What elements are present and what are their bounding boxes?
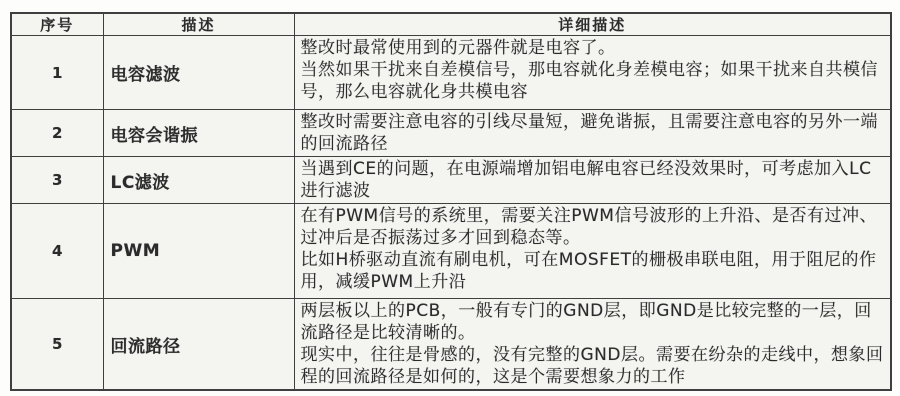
- row-number-cell: 1: [11, 36, 103, 110]
- detail-cell: 在有PWM信号的系统里，需要关注PWM信号波形的上升沿、是否有过冲、过冲后是否振…: [294, 204, 891, 299]
- table-row: 5 回流路径 两层板以上的PCB，一般有专门的GND层，即GND是比较完整的一层…: [11, 299, 891, 391]
- header-row: 序号 描述 详细描述: [11, 13, 891, 36]
- detail-paragraph: 当然如果干扰来自差模信号，那电容就化身差模电容；如果干扰来自共模信号，那么电容就…: [301, 59, 887, 103]
- scanned-document-page: 序号 描述 详细描述 1 电容滤波 整改时最常使用到的元器件就是电容了。 当然如…: [0, 0, 900, 396]
- detail-paragraph: 比如H桥驱动直流有刷电机，可在MOSFET的栅极串联电阻，用于阻尼的作用，减缓P…: [301, 249, 887, 293]
- description-cell: LC滤波: [103, 157, 294, 204]
- detail-cell: 两层板以上的PCB，一般有专门的GND层，即GND是比较完整的一层，回流路径是比…: [294, 299, 891, 391]
- detail-cell: 整改时需要注意电容的引线尽量短，避免谐振，且需要注意电容的另外一端的回流路径: [294, 110, 891, 157]
- header-cell-description: 描述: [103, 13, 294, 36]
- detail-paragraph: 当遇到CE的问题，在电源端增加铝电解电容已经没效果时，可考虑加入LC进行滤波: [301, 158, 887, 202]
- detail-paragraph: 现实中，往往是骨感的，没有完整的GND层。需要在纷杂的走线中，想象回程的回流路径…: [301, 344, 887, 388]
- header-cell-detail: 详细描述: [294, 13, 891, 36]
- table-row: 3 LC滤波 当遇到CE的问题，在电源端增加铝电解电容已经没效果时，可考虑加入L…: [11, 157, 891, 204]
- description-cell: 回流路径: [103, 299, 294, 391]
- table-row: 4 PWM 在有PWM信号的系统里，需要关注PWM信号波形的上升沿、是否有过冲、…: [11, 204, 891, 299]
- row-number-cell: 5: [11, 299, 103, 391]
- table-row: 1 电容滤波 整改时最常使用到的元器件就是电容了。 当然如果干扰来自差模信号，那…: [11, 36, 891, 110]
- detail-cell: 当遇到CE的问题，在电源端增加铝电解电容已经没效果时，可考虑加入LC进行滤波: [294, 157, 891, 204]
- row-number-cell: 2: [11, 110, 103, 157]
- detail-paragraph: 整改时需要注意电容的引线尽量短，避免谐振，且需要注意电容的另外一端的回流路径: [301, 111, 887, 155]
- detail-paragraph: 在有PWM信号的系统里，需要关注PWM信号波形的上升沿、是否有过冲、过冲后是否振…: [301, 205, 887, 249]
- detail-paragraph: 整改时最常使用到的元器件就是电容了。: [301, 37, 887, 59]
- description-cell: 电容滤波: [103, 36, 294, 110]
- row-number-cell: 4: [11, 204, 103, 299]
- description-cell: PWM: [103, 204, 294, 299]
- description-cell: 电容会谐振: [103, 110, 294, 157]
- header-cell-number: 序号: [11, 13, 103, 36]
- row-number-cell: 3: [11, 157, 103, 204]
- detail-cell: 整改时最常使用到的元器件就是电容了。 当然如果干扰来自差模信号，那电容就化身差模…: [294, 36, 891, 110]
- detail-paragraph: 两层板以上的PCB，一般有专门的GND层，即GND是比较完整的一层，回流路径是比…: [301, 300, 887, 344]
- emc-rectification-table: 序号 描述 详细描述 1 电容滤波 整改时最常使用到的元器件就是电容了。 当然如…: [10, 12, 892, 391]
- table-row: 2 电容会谐振 整改时需要注意电容的引线尽量短，避免谐振，且需要注意电容的另外一…: [11, 110, 891, 157]
